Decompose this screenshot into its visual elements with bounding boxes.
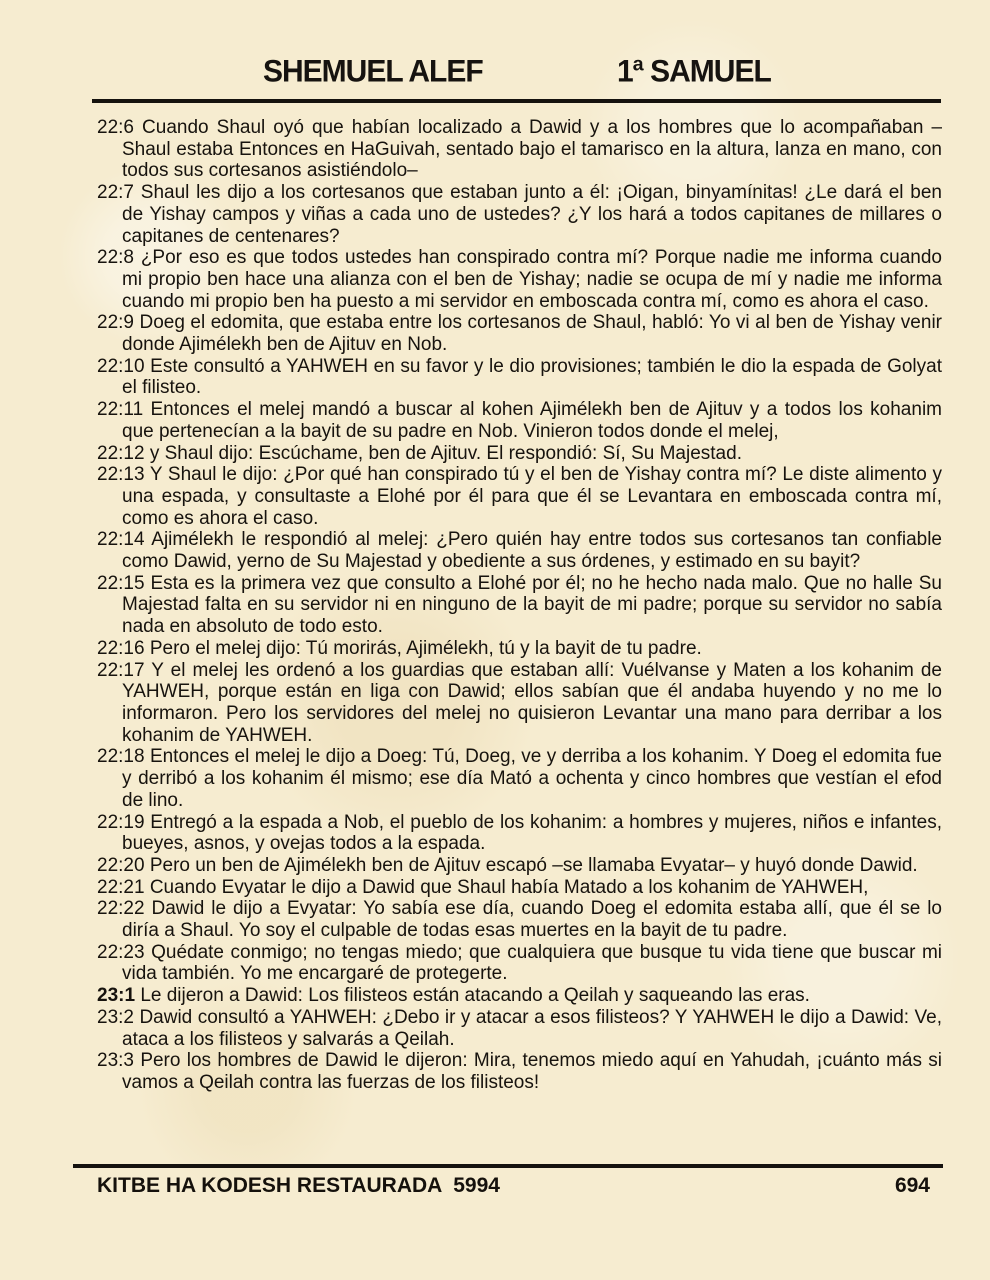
verse-ref: 23:3 <box>97 1050 134 1071</box>
verse-text: Dawid le dijo a Evyatar: Yo sabía ese dí… <box>122 898 942 941</box>
verse: 22:6 Cuando Shaul oyó que habían localiz… <box>97 117 942 182</box>
verse-text: Y el melej les ordenó a los guardias que… <box>122 660 942 746</box>
verse-ref: 22:10 <box>97 356 145 377</box>
verse-ref: 22:8 <box>97 247 134 268</box>
verse: 22:7 Shaul les dijo a los cortesanos que… <box>97 182 942 247</box>
verse: 22:16 Pero el melej dijo: Tú morirás, Aj… <box>97 638 942 660</box>
verse-ref: 22:14 <box>97 529 145 550</box>
header-rule <box>92 99 941 103</box>
verse-ref: 23:1 <box>97 985 135 1006</box>
verse-text: Le dijeron a Dawid: Los filisteos están … <box>140 985 810 1006</box>
verse-text: Entregó a la espada a Nob, el pueblo de … <box>122 812 942 855</box>
verse: 23:1 Le dijeron a Dawid: Los filisteos e… <box>97 985 942 1007</box>
book-title-hebrew: SHEMUEL ALEF <box>263 54 483 90</box>
verse-text: Esta es la primera vez que consulto a El… <box>122 573 942 637</box>
verse-ref: 22:21 <box>97 877 145 898</box>
verse-text: Pero un ben de Ajimélekh ben de Ajituv e… <box>150 855 918 876</box>
verse-text: Entonces el melej mandó a buscar al kohe… <box>122 399 942 442</box>
verse: 22:8 ¿Por eso es que todos ustedes han c… <box>97 247 942 312</box>
verse-column: 22:6 Cuando Shaul oyó que habían localiz… <box>97 117 942 1163</box>
verse: 23:3 Pero los hombres de Dawid le dijero… <box>97 1050 942 1093</box>
verse-ref: 22:12 <box>97 443 145 464</box>
verse-ref: 22:16 <box>97 638 145 659</box>
verse: 22:18 Entonces el melej le dijo a Doeg: … <box>97 746 942 811</box>
verse: 22:20 Pero un ben de Ajimélekh ben de Aj… <box>97 855 942 877</box>
footer-title: KITBE HA KODESH RESTAURADA 5994 <box>97 1174 500 1198</box>
verse-ref: 22:7 <box>97 182 134 203</box>
verse-ref: 22:11 <box>97 399 143 420</box>
verse-text: ¿Por eso es que todos ustedes han conspi… <box>122 247 942 311</box>
verse-text: Pero los hombres de Dawid le dijeron: Mi… <box>122 1050 942 1093</box>
verse-text: Dawid consultó a YAHWEH: ¿Debo ir y atac… <box>122 1007 942 1050</box>
verse-text: Cuando Evyatar le dijo a Dawid que Shaul… <box>150 877 869 898</box>
verse-text: y Shaul dijo: Escúchame, ben de Ajituv. … <box>150 443 742 464</box>
verse-ref: 22:20 <box>97 855 145 876</box>
verse-text: Shaul les dijo a los cortesanos que esta… <box>122 182 942 246</box>
verse: 23:2 Dawid consultó a YAHWEH: ¿Debo ir y… <box>97 1007 942 1050</box>
verse-text: Ajimélekh le respondió al melej: ¿Pero q… <box>122 529 942 572</box>
verse-text: Y Shaul le dijo: ¿Por qué han conspirado… <box>122 464 942 528</box>
verse-ref: 23:2 <box>97 1007 134 1028</box>
verse: 22:23 Quédate conmigo; no tengas miedo; … <box>97 942 942 985</box>
verse-ref: 22:15 <box>97 573 145 594</box>
verse: 22:12 y Shaul dijo: Escúchame, ben de Aj… <box>97 443 942 465</box>
verse-ref: 22:19 <box>97 812 145 833</box>
verse-text: Entonces el melej le dijo a Doeg: Tú, Do… <box>122 746 942 810</box>
verse: 22:14 Ajimélekh le respondió al melej: ¿… <box>97 529 942 572</box>
verse: 22:10 Este consultó a YAHWEH en su favor… <box>97 356 942 399</box>
verse-ref: 22:17 <box>97 660 145 681</box>
verse-text: Doeg el edomita, que estaba entre los co… <box>122 312 942 355</box>
verse-text: Cuando Shaul oyó que habían localizado a… <box>122 117 942 181</box>
verse-ref: 22:6 <box>97 117 134 138</box>
verse: 22:9 Doeg el edomita, que estaba entre l… <box>97 312 942 355</box>
page-header: SHEMUEL ALEF 1ª SAMUEL <box>92 54 941 94</box>
verse-text: Quédate conmigo; no tengas miedo; que cu… <box>122 942 942 985</box>
verse: 22:17 Y el melej les ordenó a los guardi… <box>97 660 942 747</box>
footer-rule <box>73 1164 943 1168</box>
verse-ref: 22:9 <box>97 312 134 333</box>
verse-text: Pero el melej dijo: Tú morirás, Ajimélek… <box>150 638 702 659</box>
verse: 22:13 Y Shaul le dijo: ¿Por qué han cons… <box>97 464 942 529</box>
verse-ref: 22:18 <box>97 746 145 767</box>
verse: 22:11 Entonces el melej mandó a buscar a… <box>97 399 942 442</box>
verse-text: Este consultó a YAHWEH en su favor y le … <box>122 356 942 399</box>
verse-ref: 22:23 <box>97 942 145 963</box>
verse-ref: 22:13 <box>97 464 145 485</box>
parchment-page-background: SHEMUEL ALEF 1ª SAMUEL 22:6 Cuando Shaul… <box>0 0 990 1280</box>
verse: 22:15 Esta es la primera vez que consult… <box>97 573 942 638</box>
verse: 22:19 Entregó a la espada a Nob, el pueb… <box>97 812 942 855</box>
page-footer: KITBE HA KODESH RESTAURADA 5994 694 <box>97 1174 942 1198</box>
verse: 22:21 Cuando Evyatar le dijo a Dawid que… <box>97 877 942 899</box>
verse-ref: 22:22 <box>97 898 145 919</box>
book-title-spanish: 1ª SAMUEL <box>617 54 771 90</box>
page-number: 694 <box>895 1174 930 1198</box>
verse: 22:22 Dawid le dijo a Evyatar: Yo sabía … <box>97 898 942 941</box>
